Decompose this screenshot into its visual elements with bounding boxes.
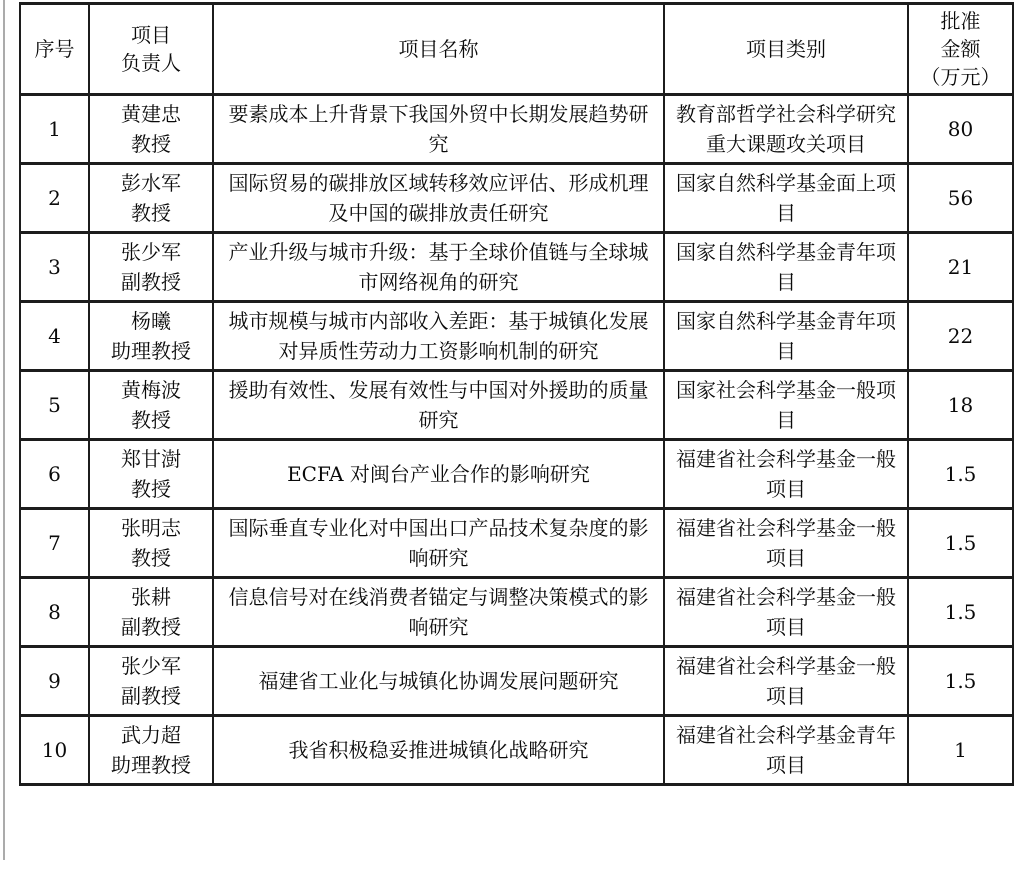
cell-amount: 1.5 [908, 440, 1013, 509]
cell-leader: 彭水军 教授 [89, 164, 213, 233]
header-category: 项目类别 [664, 4, 908, 95]
cell-leader: 张明志 教授 [89, 509, 213, 578]
cell-leader: 张少军 副教授 [89, 647, 213, 716]
cell-name: 信息信号对在线消费者锚定与调整决策模式的影响研究 [213, 578, 664, 647]
cell-leader: 黄建忠 教授 [89, 95, 213, 164]
cell-amount: 80 [908, 95, 1013, 164]
cell-seq: 5 [20, 371, 89, 440]
table-row: 6 郑甘澍 教授 ECFA 对闽台产业合作的影响研究 福建省社会科学基金一般项目… [20, 440, 1013, 509]
cell-leader: 张少军 副教授 [89, 233, 213, 302]
cell-name: 产业升级与城市升级：基于全球价值链与全球城市网络视角的研究 [213, 233, 664, 302]
cell-leader: 黄梅波 教授 [89, 371, 213, 440]
table-row: 1 黄建忠 教授 要素成本上升背景下我国外贸中长期发展趋势研究 教育部哲学社会科… [20, 95, 1013, 164]
page-left-edge [3, 0, 5, 860]
header-leader: 项目 负责人 [89, 4, 213, 95]
cell-name: 要素成本上升背景下我国外贸中长期发展趋势研究 [213, 95, 664, 164]
cell-seq: 2 [20, 164, 89, 233]
cell-amount: 22 [908, 302, 1013, 371]
cell-seq: 1 [20, 95, 89, 164]
table-row: 5 黄梅波 教授 援助有效性、发展有效性与中国对外援助的质量研究 国家社会科学基… [20, 371, 1013, 440]
cell-amount: 21 [908, 233, 1013, 302]
table-row: 8 张耕 副教授 信息信号对在线消费者锚定与调整决策模式的影响研究 福建省社会科… [20, 578, 1013, 647]
cell-amount: 1 [908, 716, 1013, 785]
cell-category: 福建省社会科学基金一般项目 [664, 440, 908, 509]
cell-seq: 3 [20, 233, 89, 302]
header-name: 项目名称 [213, 4, 664, 95]
table-row: 7 张明志 教授 国际垂直专业化对中国出口产品技术复杂度的影响研究 福建省社会科… [20, 509, 1013, 578]
cell-category: 国家自然科学基金青年项目 [664, 302, 908, 371]
table-row: 4 杨曦 助理教授 城市规模与城市内部收入差距：基于城镇化发展对异质性劳动力工资… [20, 302, 1013, 371]
cell-amount: 1.5 [908, 578, 1013, 647]
table-row: 10 武力超 助理教授 我省积极稳妥推进城镇化战略研究 福建省社会科学基金青年项… [20, 716, 1013, 785]
cell-leader: 杨曦 助理教授 [89, 302, 213, 371]
cell-amount: 1.5 [908, 509, 1013, 578]
cell-amount: 56 [908, 164, 1013, 233]
table-row: 2 彭水军 教授 国际贸易的碳排放区域转移效应评估、形成机理及中国的碳排放责任研… [20, 164, 1013, 233]
cell-seq: 9 [20, 647, 89, 716]
cell-leader: 郑甘澍 教授 [89, 440, 213, 509]
cell-name: 我省积极稳妥推进城镇化战略研究 [213, 716, 664, 785]
cell-amount: 18 [908, 371, 1013, 440]
cell-name: 援助有效性、发展有效性与中国对外援助的质量研究 [213, 371, 664, 440]
cell-category: 国家社会科学基金一般项目 [664, 371, 908, 440]
cell-category: 福建省社会科学基金青年项目 [664, 716, 908, 785]
table-row: 9 张少军 副教授 福建省工业化与城镇化协调发展问题研究 福建省社会科学基金一般… [20, 647, 1013, 716]
cell-category: 福建省社会科学基金一般项目 [664, 647, 908, 716]
table-row: 3 张少军 副教授 产业升级与城市升级：基于全球价值链与全球城市网络视角的研究 … [20, 233, 1013, 302]
cell-seq: 6 [20, 440, 89, 509]
cell-seq: 7 [20, 509, 89, 578]
cell-category: 教育部哲学社会科学研究重大课题攻关项目 [664, 95, 908, 164]
cell-name: 国际贸易的碳排放区域转移效应评估、形成机理及中国的碳排放责任研究 [213, 164, 664, 233]
cell-leader: 张耕 副教授 [89, 578, 213, 647]
cell-category: 福建省社会科学基金一般项目 [664, 509, 908, 578]
research-projects-table: 序号 项目 负责人 项目名称 项目类别 批准 金额 （万元） 1 黄建忠 教授 … [19, 2, 1014, 786]
header-seq: 序号 [20, 4, 89, 95]
cell-name: 城市规模与城市内部收入差距：基于城镇化发展对异质性劳动力工资影响机制的研究 [213, 302, 664, 371]
cell-amount: 1.5 [908, 647, 1013, 716]
cell-leader: 武力超 助理教授 [89, 716, 213, 785]
cell-name: ECFA 对闽台产业合作的影响研究 [213, 440, 664, 509]
document-page: 序号 项目 负责人 项目名称 项目类别 批准 金额 （万元） 1 黄建忠 教授 … [0, 0, 1024, 869]
header-amount: 批准 金额 （万元） [908, 4, 1013, 95]
cell-category: 国家自然科学基金青年项目 [664, 233, 908, 302]
cell-seq: 10 [20, 716, 89, 785]
cell-seq: 4 [20, 302, 89, 371]
cell-category: 福建省社会科学基金一般项目 [664, 578, 908, 647]
cell-name: 国际垂直专业化对中国出口产品技术复杂度的影响研究 [213, 509, 664, 578]
cell-category: 国家自然科学基金面上项目 [664, 164, 908, 233]
header-row: 序号 项目 负责人 项目名称 项目类别 批准 金额 （万元） [20, 4, 1013, 95]
cell-name: 福建省工业化与城镇化协调发展问题研究 [213, 647, 664, 716]
cell-seq: 8 [20, 578, 89, 647]
